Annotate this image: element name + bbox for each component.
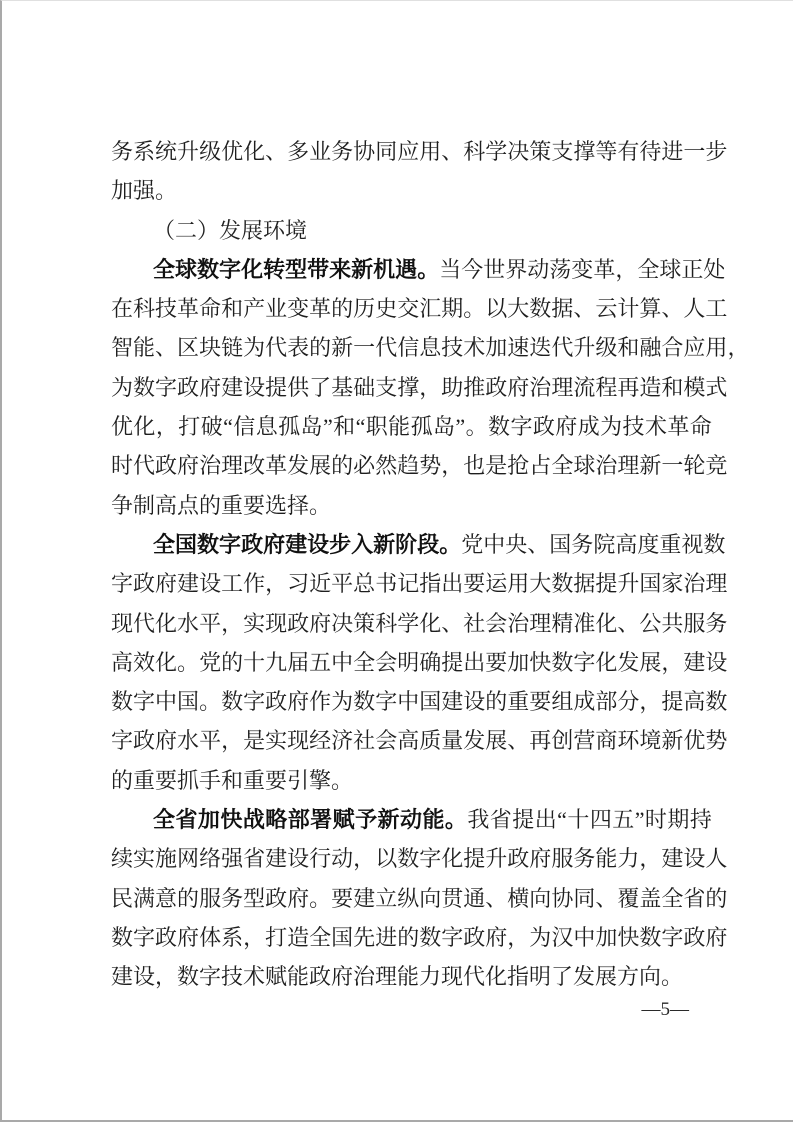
body-char: ，: [221, 728, 243, 767]
body-char: 的: [331, 453, 353, 492]
body-char: 政: [265, 886, 287, 925]
body-char: 撑: [397, 375, 419, 414]
body-char: 力: [617, 846, 639, 885]
body-char: 业: [265, 296, 287, 335]
body-char: ，: [639, 846, 661, 885]
body-char: 加: [595, 925, 617, 964]
body-char: 施: [155, 846, 177, 885]
body-char: 水: [177, 728, 199, 767]
body-char: 满: [133, 886, 155, 925]
body-char: 届: [287, 650, 309, 689]
body-char: 优: [221, 139, 243, 178]
body-char: 近: [309, 571, 331, 610]
body-char: ，: [639, 689, 661, 728]
body-char: 度: [637, 532, 659, 571]
body-char: 优: [111, 414, 133, 453]
body-char: 党: [199, 650, 221, 689]
body-char: 府: [507, 375, 529, 414]
text-line: 时代政府治理改革发展的必然趋势，也是抢占全球治理新一轮竞: [111, 453, 712, 492]
body-char: 术: [463, 335, 485, 374]
body-char: 社: [353, 728, 375, 767]
body-char: 变: [287, 296, 309, 335]
body-char: 视: [681, 532, 703, 571]
body-char: 展: [639, 650, 661, 689]
body-char: 以: [485, 296, 507, 335]
body-char: 出: [535, 807, 557, 846]
body-char: ，: [727, 335, 749, 374]
text-line: 字政府水平，是实现经济社会高质量发展、再创营商环境新优势: [111, 728, 712, 767]
body-char: ”: [455, 414, 465, 453]
body-char: “: [356, 414, 366, 453]
body-char: “: [223, 414, 233, 453]
body-char: 府: [199, 375, 221, 414]
lead-bold-char: 府: [263, 532, 285, 571]
body-char: 治: [683, 571, 705, 610]
body-char: 造: [287, 925, 309, 964]
lead-bold-char: 赋: [333, 807, 355, 846]
lead-bold-char: 机: [373, 257, 395, 296]
body-char: 孤: [278, 414, 300, 453]
body-char: ”: [635, 807, 645, 846]
body-char: 加: [507, 650, 529, 689]
body-char: 化: [419, 611, 441, 650]
body-char: 十: [567, 807, 589, 846]
body-char: 要: [331, 886, 353, 925]
body-char: 为: [111, 375, 133, 414]
lead-bold-char: 数: [197, 257, 219, 296]
body-char: 人: [705, 846, 727, 885]
body-char: 岛: [301, 414, 323, 453]
body-char: 作: [243, 571, 265, 610]
body-char: 必: [353, 453, 375, 492]
body-char: 变: [571, 257, 593, 296]
body-char: 水: [177, 611, 199, 650]
text-line: 务系统升级优化、多业务协同应用、科学决策支撑等有待进一步: [111, 139, 712, 178]
body-char: 数: [353, 689, 375, 728]
body-char: 国: [419, 689, 441, 728]
body-char: 打: [265, 925, 287, 964]
lead-bold-char: 型: [285, 257, 307, 296]
body-char: 提: [512, 807, 534, 846]
body-char: 能: [388, 414, 410, 453]
body-char: 务: [221, 886, 243, 925]
body-char: 区: [177, 335, 199, 374]
body-char: 化: [133, 414, 155, 453]
body-char: 建: [441, 689, 463, 728]
body-char: 精: [551, 611, 573, 650]
body-char: 信: [397, 335, 419, 374]
body-char: 史: [375, 296, 397, 335]
body-char: 平: [331, 571, 353, 610]
body-char: 命: [690, 414, 712, 453]
body-char: 服: [551, 846, 573, 885]
body-char: 政: [507, 846, 529, 885]
body-char: 政: [133, 728, 155, 767]
body-char: 字: [661, 925, 683, 964]
body-char: 工: [221, 571, 243, 610]
body-char: 、: [265, 139, 287, 178]
body-char: 合: [661, 335, 683, 374]
body-char: 也: [463, 453, 485, 492]
body-char: 技: [623, 414, 645, 453]
body-char: 九: [265, 650, 287, 689]
body-char: 全: [309, 925, 331, 964]
lead-bold-char: 全: [153, 257, 175, 296]
body-char: 、: [617, 611, 639, 650]
body-char: 政: [287, 611, 309, 650]
body-char: 政: [155, 453, 177, 492]
body-char: 快: [617, 925, 639, 964]
body-char: 国: [549, 532, 571, 571]
body-char: 革: [593, 257, 615, 296]
document-body: 务系统升级优化、多业务协同应用、科学决策支撑等有待进一步加强。（二）发展环境全球…: [111, 139, 712, 1004]
body-char: 一: [661, 453, 683, 492]
body-char: 代: [133, 611, 155, 650]
body-char: 总: [353, 571, 375, 610]
body-char: 期: [667, 807, 689, 846]
body-char: 质: [419, 728, 441, 767]
body-char: 代: [265, 335, 287, 374]
body-char: 强: [221, 846, 243, 885]
body-char: 、: [595, 886, 617, 925]
body-char: 。: [466, 414, 488, 453]
body-char: 撑: [573, 139, 595, 178]
body-char: 为: [331, 689, 353, 728]
body-char: 现: [265, 611, 287, 650]
body-char: ，: [507, 925, 529, 964]
body-char: ，: [441, 453, 463, 492]
body-char: ，: [615, 257, 637, 296]
text-line: 高效化。党的十九届五中全会明确提出要加快数字化发展，建设: [111, 650, 712, 689]
body-char: 出: [463, 650, 485, 689]
body-char: 世: [483, 257, 505, 296]
body-char: 大: [529, 571, 551, 610]
body-char: 造: [639, 375, 661, 414]
body-char: 省: [490, 807, 512, 846]
lead-bold-char: 来: [329, 257, 351, 296]
body-char: 协: [353, 139, 375, 178]
body-char: 革: [265, 453, 287, 492]
body-char: 化: [595, 650, 617, 689]
body-char: 推: [463, 375, 485, 414]
body-char: 政: [463, 925, 485, 964]
body-char: 字: [133, 925, 155, 964]
body-char: 省: [243, 846, 265, 885]
lead-bold-char: 建: [285, 532, 307, 571]
body-char: 的: [705, 886, 727, 925]
body-char: 平: [199, 611, 221, 650]
body-char: 命: [199, 296, 221, 335]
body-char: 府: [309, 611, 331, 650]
body-char: 当: [439, 257, 461, 296]
body-char: 国: [639, 571, 661, 610]
body-char: 式: [705, 375, 727, 414]
body-char: 升: [177, 139, 199, 178]
body-char: 升: [617, 571, 639, 610]
body-char: 提: [463, 846, 485, 885]
body-char: 汇: [419, 296, 441, 335]
body-char: 省: [683, 886, 705, 925]
body-char: 升: [573, 335, 595, 374]
body-char: 期: [441, 296, 463, 335]
body-char: 时: [645, 807, 667, 846]
lead-bold-char: 转: [263, 257, 285, 296]
body-char: 加: [485, 335, 507, 374]
body-char: 数: [551, 650, 573, 689]
body-char: 用: [705, 335, 727, 374]
body-char: 据: [573, 571, 595, 610]
lead-bold-char: 新: [351, 257, 373, 296]
body-char: 程: [595, 375, 617, 414]
body-char: 优: [683, 728, 705, 767]
body-char: 理: [617, 453, 639, 492]
body-char: 作: [309, 689, 331, 728]
body-char: 国: [331, 925, 353, 964]
text-line: 优化，打破“信息孤岛”和“职能孤岛”。数字政府成为技术革命: [111, 414, 712, 453]
body-char: 现: [111, 611, 133, 650]
body-char: 化: [441, 846, 463, 885]
body-char: 岛: [433, 414, 455, 453]
body-char: ，: [265, 571, 287, 610]
body-char: 字: [573, 650, 595, 689]
lead-bold-char: 予: [355, 807, 377, 846]
text-line: 为数字政府建设提供了基础支撑，助推政府治理流程再造和模式: [111, 375, 712, 414]
body-char: 轮: [683, 453, 705, 492]
body-char: 数: [551, 571, 573, 610]
body-char: 新: [639, 453, 661, 492]
body-char: 组: [551, 689, 573, 728]
text-line: 争制高点的重要选择。: [111, 493, 712, 532]
body-char: 策: [353, 611, 375, 650]
body-char: 破: [201, 414, 223, 453]
body-char: 治: [507, 611, 529, 650]
body-char: 营: [573, 728, 595, 767]
body-char: 计: [617, 296, 639, 335]
body-char: 府: [155, 571, 177, 610]
body-char: 智: [111, 335, 133, 374]
body-char: 决: [507, 139, 529, 178]
body-char: 全: [661, 886, 683, 925]
body-char: 技: [441, 335, 463, 374]
body-char: 汉: [551, 925, 573, 964]
body-char: 要: [463, 571, 485, 610]
body-char: 服: [683, 611, 705, 650]
body-char: 现: [287, 728, 309, 767]
body-char: 和: [661, 375, 683, 414]
body-char: 球: [659, 257, 681, 296]
body-char: 应: [397, 139, 419, 178]
body-char: 抢: [507, 453, 529, 492]
body-char: 公: [639, 611, 661, 650]
body-char: 先: [353, 925, 375, 964]
body-char: 全: [637, 257, 659, 296]
body-char: 字: [111, 571, 133, 610]
body-char: 进: [661, 139, 683, 178]
body-char: 向: [529, 886, 551, 925]
body-char: 实: [265, 728, 287, 767]
body-char: 务: [705, 611, 727, 650]
body-char: 势: [705, 728, 727, 767]
body-char: 术: [645, 414, 667, 453]
body-char: 提: [441, 650, 463, 689]
body-char: 多: [287, 139, 309, 178]
body-char: 信: [233, 414, 255, 453]
body-text: 的重要抓手和重要引擎。: [111, 768, 353, 793]
body-char: 务: [331, 139, 353, 178]
lead-bold-char: 部: [288, 807, 310, 846]
body-char: 数: [639, 925, 661, 964]
body-char: 、: [527, 532, 549, 571]
body-text: 争制高点的重要选择。: [111, 493, 331, 518]
body-char: 级: [595, 335, 617, 374]
body-char: 四: [590, 807, 612, 846]
body-char: 是: [485, 453, 507, 492]
body-char: ，: [221, 611, 243, 650]
body-char: 重: [659, 532, 681, 571]
body-char: 济: [331, 728, 353, 767]
body-char: 政: [485, 375, 507, 414]
body-char: 科: [375, 611, 397, 650]
body-char: 高: [683, 689, 705, 728]
body-char: 数: [419, 925, 441, 964]
lead-bold-char: 段: [417, 532, 439, 571]
body-char: 向: [419, 886, 441, 925]
body-char: 府: [177, 453, 199, 492]
body-char: 中: [331, 650, 353, 689]
lead-bold-char: 略: [265, 807, 287, 846]
body-char: 政: [533, 414, 555, 453]
body-char: 量: [441, 728, 463, 767]
body-char: 同: [573, 886, 595, 925]
body-char: 十: [243, 650, 265, 689]
body-char: ，: [419, 375, 441, 414]
text-line: 字政府建设工作，习近平总书记指出要运用大数据提升国家治理: [111, 571, 712, 610]
body-char: 待: [639, 139, 661, 178]
body-char: “: [557, 807, 567, 846]
body-char: 等: [595, 139, 617, 178]
body-char: 算: [639, 296, 661, 335]
body-char: 界: [505, 257, 527, 296]
body-char: 政: [177, 375, 199, 414]
body-char: 、: [155, 335, 177, 374]
body-char: 模: [683, 375, 705, 414]
lead-bold-char: 快: [220, 807, 242, 846]
text-line: 加强。: [111, 178, 712, 217]
body-char: 建: [683, 650, 705, 689]
body-char: 平: [199, 728, 221, 767]
body-char: 学: [485, 139, 507, 178]
body-char: 能: [595, 846, 617, 885]
body-char: 建: [661, 846, 683, 885]
body-char: 发: [287, 453, 309, 492]
body-char: 的: [177, 886, 199, 925]
body-char: 系: [133, 139, 155, 178]
body-char: 建: [177, 571, 199, 610]
lead-bold-char: 加: [198, 807, 220, 846]
body-char: 球: [573, 453, 595, 492]
body-char: 融: [639, 335, 661, 374]
lead-bold-char: 新: [378, 807, 400, 846]
body-char: 会: [375, 728, 397, 767]
body-char: 处: [703, 257, 725, 296]
body-char: 数: [703, 532, 725, 571]
lead-bold-char: 省: [175, 807, 197, 846]
body-char: 是: [243, 728, 265, 767]
body-char: ，: [156, 414, 178, 453]
body-char: 明: [397, 650, 419, 689]
body-char: 为: [243, 335, 265, 374]
body-char: 正: [681, 257, 703, 296]
body-char: 革: [667, 414, 689, 453]
body-char: ”: [323, 414, 333, 453]
body-char: 中: [573, 925, 595, 964]
lead-bold-char: 字: [219, 257, 241, 296]
body-char: 确: [419, 650, 441, 689]
body-char: 的: [397, 925, 419, 964]
body-char: 和: [333, 414, 355, 453]
body-char: 共: [661, 611, 683, 650]
body-char: 覆: [617, 886, 639, 925]
body-char: 建: [221, 375, 243, 414]
body-char: 动: [331, 846, 353, 885]
body-char: 盖: [639, 886, 661, 925]
text-line: 续实施网络强省建设行动，以数字化提升政府服务能力，建设人: [111, 846, 712, 885]
body-char: 代: [133, 453, 155, 492]
body-char: 社: [463, 611, 485, 650]
lead-bold-char: 入: [351, 532, 373, 571]
body-char: 设: [705, 650, 727, 689]
body-char: 党: [461, 532, 483, 571]
body-char: 数: [221, 689, 243, 728]
lead-bold-char: 。: [445, 807, 467, 846]
body-char: 书: [375, 571, 397, 610]
body-char: 人: [683, 296, 705, 335]
body-char: 竞: [705, 453, 727, 492]
body-char: 提: [595, 571, 617, 610]
body-char: 据: [551, 296, 573, 335]
body-char: 家: [661, 571, 683, 610]
body-char: 的: [221, 650, 243, 689]
body-char: 成: [573, 689, 595, 728]
lead-bold-char: 动: [400, 807, 422, 846]
lead-bold-char: 字: [219, 532, 241, 571]
body-char: 流: [573, 375, 595, 414]
body-char: 高: [111, 650, 133, 689]
body-char: 展: [485, 728, 507, 767]
body-char: 今: [461, 257, 483, 296]
body-char: 科: [133, 296, 155, 335]
body-char: 字: [441, 925, 463, 964]
body-char: 意: [155, 886, 177, 925]
body-char: 准: [573, 611, 595, 650]
body-char: 建: [265, 846, 287, 885]
body-char: 央: [505, 532, 527, 571]
body-char: 云: [595, 296, 617, 335]
body-char: 发: [463, 728, 485, 767]
body-char: 用: [419, 139, 441, 178]
body-char: 改: [243, 453, 265, 492]
lead-bold-char: 遇: [395, 257, 417, 296]
body-char: 服: [199, 886, 221, 925]
body-char: 实: [243, 611, 265, 650]
body-char: 数: [488, 414, 510, 453]
lead-bold-char: 步: [329, 532, 351, 571]
body-char: 部: [595, 689, 617, 728]
body-char: 效: [133, 650, 155, 689]
text-line: 建设，数字技术赋能政府治理能力现代化指明了发展方向。: [111, 964, 712, 1003]
body-char: 提: [265, 375, 287, 414]
body-char: 字: [375, 689, 397, 728]
